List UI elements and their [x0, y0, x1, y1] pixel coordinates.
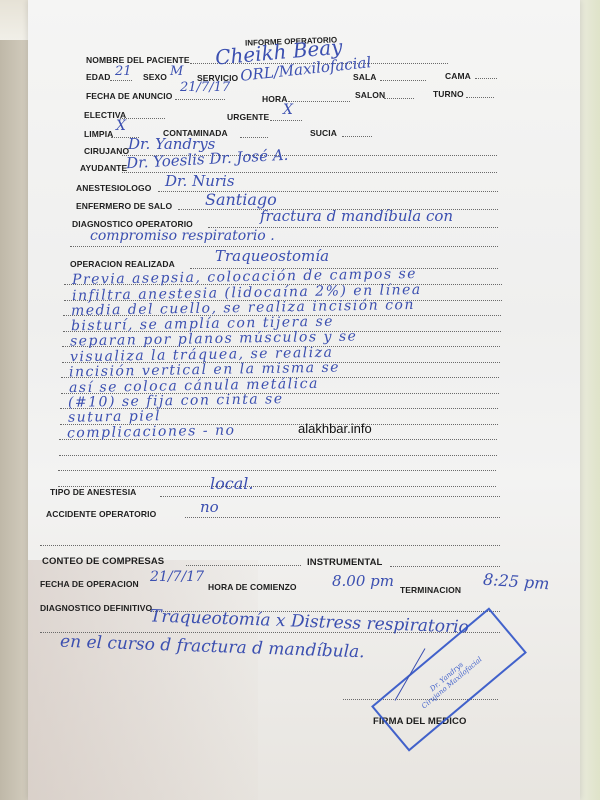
field-sexo[interactable]: M — [170, 64, 183, 79]
label-hora-comienzo: HORA DE COMIENZO — [208, 582, 297, 592]
label-anestesiologo: ANESTESIOLOGO — [76, 183, 151, 193]
field-line-tipo-anestesia — [160, 496, 500, 497]
label-fecha-operacion: FECHA DE OPERACION — [40, 579, 139, 589]
label-sala: SALA — [353, 72, 377, 82]
label-cama: CAMA — [445, 71, 471, 81]
label-ayudante: AYUDANTE — [80, 163, 127, 173]
watermark: alakhbar.info — [298, 421, 372, 436]
label-urgente: URGENTE — [227, 112, 269, 122]
field-line-fecha-anuncio — [175, 99, 225, 100]
field-line-urgente — [270, 120, 302, 121]
field-tipo-anestesia[interactable]: local. — [210, 474, 253, 493]
label-enfermero: ENFERMERO DE SALO — [76, 201, 172, 211]
label-conteo-compresas: CONTEO DE COMPRESAS — [42, 556, 164, 567]
label-accidente-operatorio: ACCIDENTE OPERATORIO — [46, 509, 156, 519]
field-urgente[interactable]: X — [283, 102, 293, 118]
field-line-salon — [384, 98, 414, 99]
field-line-conteo-compresas — [186, 565, 301, 566]
label-tipo-anestesia: TIPO DE ANESTESIA — [50, 487, 136, 497]
field-limpia[interactable]: X — [116, 118, 126, 134]
label-limpia: LIMPIA — [84, 129, 113, 139]
label-operacion-realizada: OPERACION REALIZADA — [70, 259, 175, 269]
field-line-sala — [380, 80, 426, 81]
field-line-accidente-operatorio — [185, 517, 500, 518]
field-diagnostico-operatorio-2[interactable]: compromiso respiratorio . — [90, 228, 275, 244]
field-line-cama — [475, 78, 497, 79]
note-text[interactable]: complicaciones - no — [67, 423, 236, 442]
note-line — [58, 470, 496, 471]
label-salon: SALON — [355, 90, 385, 100]
label-instrumental: INSTRUMENTAL — [307, 557, 382, 568]
field-diagnostico-operatorio[interactable]: fractura d mandíbula con — [260, 207, 453, 225]
label-sucia: SUCIA — [310, 128, 337, 138]
field-line-hora — [288, 101, 350, 102]
note-text[interactable]: sutura piel — [67, 408, 160, 426]
divider-line — [40, 545, 500, 546]
label-terminacion: TERMINACION — [400, 585, 461, 595]
field-line-edad — [110, 80, 132, 81]
label-sexo: SEXO — [143, 72, 167, 82]
field-fecha-anuncio[interactable]: 21/7/17 — [180, 80, 230, 95]
field-line-sucia — [342, 136, 372, 137]
field-line-contaminada — [240, 137, 268, 138]
label-edad: EDAD — [86, 72, 111, 82]
field-hora-comienzo[interactable]: 8.00 pm — [332, 572, 394, 590]
label-diagnostico-definitivo: DIAGNOSTICO DEFINITIVO — [40, 603, 152, 613]
field-accidente-operatorio[interactable]: no — [200, 498, 219, 516]
field-anestesiologo[interactable]: Dr. Nuris — [165, 172, 235, 190]
label-turno: TURNO — [433, 89, 464, 99]
field-line-turno — [466, 97, 494, 98]
field-fecha-operacion[interactable]: 21/7/17 — [150, 569, 204, 585]
background-right — [580, 0, 600, 800]
paper-shadow — [28, 560, 258, 800]
field-operacion-realizada[interactable]: Traqueostomía — [215, 247, 329, 265]
note-line — [59, 455, 497, 456]
field-line-instrumental — [390, 566, 500, 567]
label-fecha-anuncio: FECHA DE ANUNCIO — [86, 91, 172, 101]
field-line-electiva — [120, 118, 165, 119]
field-edad[interactable]: 21 — [115, 64, 132, 79]
